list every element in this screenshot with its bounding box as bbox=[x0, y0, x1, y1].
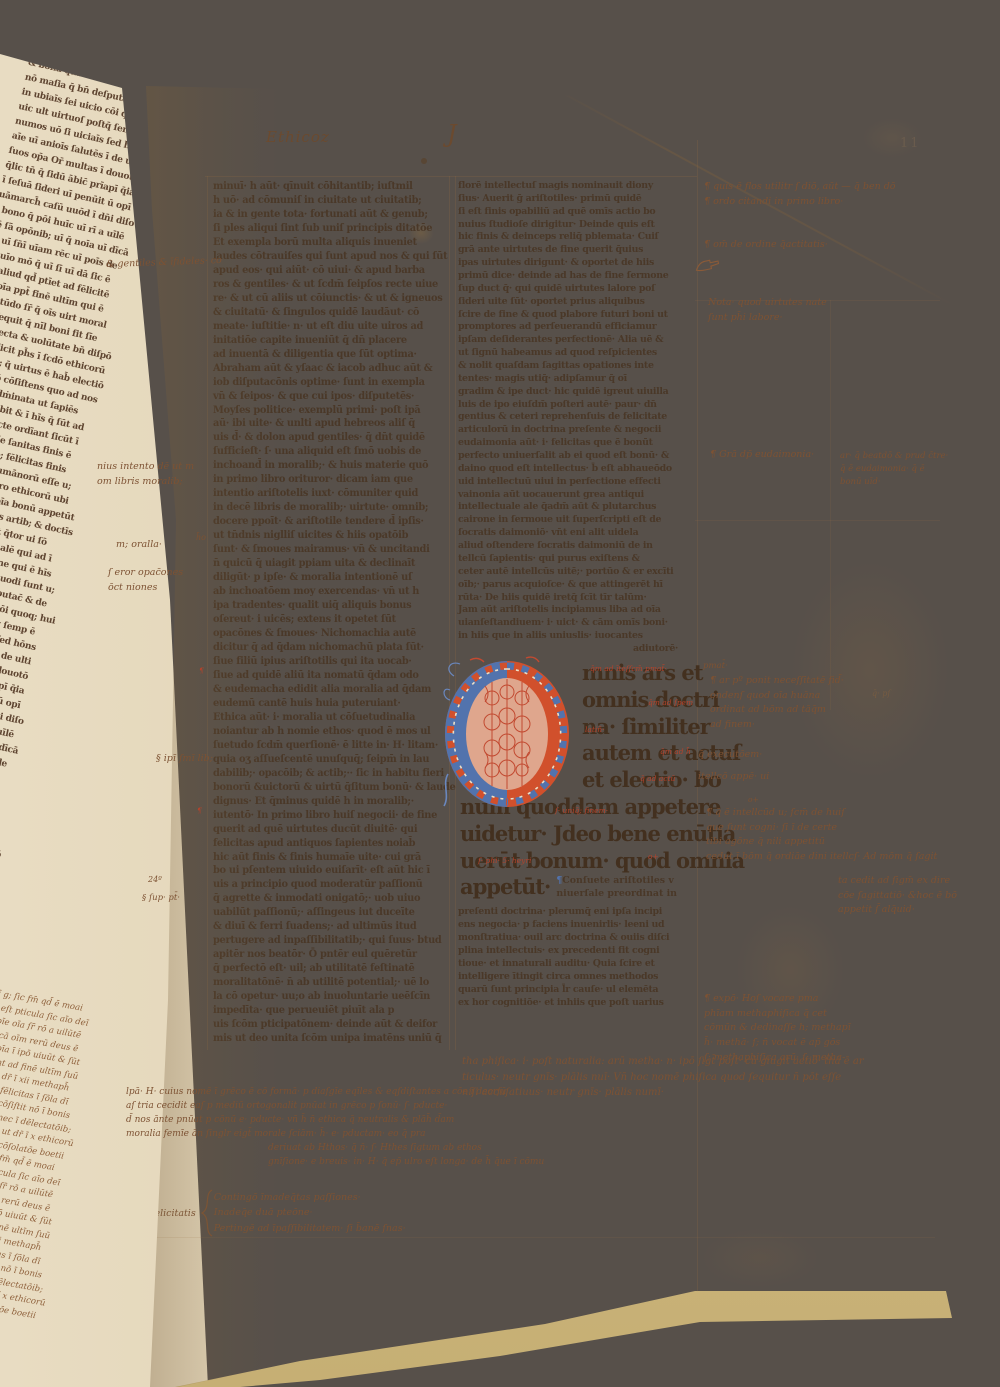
rubric-gloss: q̄m ad ſpem bbox=[648, 698, 693, 707]
ruling-line bbox=[207, 176, 208, 1050]
rubric-gloss: latin̄· bbox=[585, 725, 605, 734]
text-line: ex hor cognitiōe· et inhiis que poſt uar… bbox=[458, 996, 696, 1009]
manuscript-photo: tus que euulant q̄tor ui ſōī cōia ſed ſu… bbox=[0, 0, 1000, 1387]
text-line: ipas uirtutes dirigunt· & oportet de hii… bbox=[458, 257, 696, 270]
text-line: bo ui pſentem uiuido euiſarīt· eſt aūt h… bbox=[213, 864, 447, 878]
ruling-line bbox=[455, 176, 456, 1050]
text-line: eudemū cantē huis huia puteruiant· bbox=[213, 697, 447, 711]
text-line: primū dice· deinde ad has de fine ſermon… bbox=[458, 270, 696, 283]
text-line: meate· iuſtitie· n· ut eſt diu uite uiro… bbox=[213, 320, 447, 334]
text-line: Inadeq̄e duā pteōne· bbox=[214, 1205, 406, 1221]
text-line: & ciuitatū· & ſingulos quidē laudāut· cō bbox=[213, 306, 447, 320]
text-line: ut tn̄dnis niglliſ uicites & hiis opatōi… bbox=[213, 529, 447, 543]
text-line: felicitas apud antiquos ſapientes noiab̄ bbox=[213, 837, 447, 851]
ruling-line bbox=[205, 176, 697, 177]
left-text-column: minuī· h aūt· qīnuit cōhitantib; iuſtmil… bbox=[213, 180, 447, 1046]
text-line: vainonia aūt uocauerunt grea antiqui bbox=[458, 489, 696, 502]
note-necessitate: ¶ ar pº ponit neceſſitatē fid̄·ondenſ qu… bbox=[710, 674, 844, 733]
incipit-tail: appetūt· ¶Conſuete ariſtotiles v niuerſa… bbox=[460, 874, 698, 901]
text-line: docere ppoīt· & ariſtotile tendere d̄ ip… bbox=[213, 515, 447, 529]
text-line: in decē libris de moralib;· uirtute· omn… bbox=[213, 501, 447, 515]
text-line: ad inuentā & diligentia que ſūt optima· bbox=[213, 348, 447, 362]
text-line: ut ſignū habeamus ad quod reſpicientes bbox=[458, 347, 696, 360]
text-line: uis d̄· & dolon apud gentiles· q̄ dn̄t q… bbox=[213, 431, 447, 445]
text-line: aliud oſtendere ſocratis daimoniū de in bbox=[458, 540, 696, 553]
rubric-gloss: q̄m ad īteſſcm̄ pmat̄· bbox=[590, 664, 667, 673]
top-inscription: berto plot not bbox=[528, 77, 584, 89]
text-line: ipſam deſiderantes perfectionē· Alia uē … bbox=[458, 334, 696, 347]
text-line: ſideri uite ſūt· oportet prius aliquibus bbox=[458, 296, 696, 309]
text-line: opacōnes & ſmoues· Nichomachia autē bbox=[213, 627, 447, 641]
text-line: intellectuale ale q̄adm̄ aūt & plutarchu… bbox=[458, 501, 696, 514]
text-line: plina intellectuis· ex precedenti fit co… bbox=[458, 944, 696, 957]
text-line: bonorū &uictorū & uirtū q̄ſitum bonū· & … bbox=[213, 781, 447, 795]
text-line: inchoand̄ in moralib;· & huis materie qu… bbox=[213, 459, 447, 473]
rubric-gloss: o+ bbox=[648, 852, 659, 861]
text-line: querit ad quē uirtutes ducūt diuitē· qui bbox=[213, 823, 447, 837]
text-line: ens negocia· p faciens inuenirlis· leeni… bbox=[458, 918, 696, 931]
illuminated-initial-O bbox=[440, 656, 576, 814]
text-line: n̄ quicū q̄ uiagit ppiam uita & declinaī… bbox=[213, 557, 447, 571]
text-line: Contingō īmadeq̄tas paſſiones· bbox=[214, 1190, 406, 1206]
text-line: iutentō· In primo libro huiſ negocii· de… bbox=[213, 809, 447, 823]
note-qps: q̄· pſ bbox=[872, 688, 890, 700]
rubric-gloss: q̄ ad actū bbox=[640, 774, 675, 783]
text-line: perfecto uniuerſalit ab ei quod eſt bonū… bbox=[458, 450, 696, 463]
text-line: Jam aūt ariſtotelis incipiamus liba ad o… bbox=[458, 604, 696, 617]
text-line: quia oʒ aſſueſcentē unuſquq̄; ſeipm̄ in … bbox=[213, 753, 447, 767]
note-intellco: itellcō appē· ui bbox=[698, 770, 769, 785]
text-line: ſiue ad quidē aliū ita nomatū q̄dam odo bbox=[213, 669, 447, 683]
folio-number: 11 bbox=[900, 136, 921, 151]
text-line: oīb;· parus acquioſce· & que attingerēt … bbox=[458, 579, 696, 592]
incipit-tail-word: appetūt· bbox=[460, 874, 550, 901]
text-line: ſi ples aliqui ſint ſub uniſ principis d… bbox=[213, 222, 447, 236]
rubric-gloss: ¶ bbox=[199, 666, 204, 675]
note-ho: h̄o bbox=[196, 532, 206, 544]
text-line: ſcire de fine & quod plabore futuri boni… bbox=[458, 309, 696, 322]
stain bbox=[790, 560, 950, 780]
text-line: laudes cōtrauiſes qui ſunt apud nos & qu… bbox=[213, 250, 447, 264]
text-line: gradim & ipe duct· hic quidē igreut uiui… bbox=[458, 386, 696, 399]
text-line: & nolit quaſdam ſagittas opationes inte bbox=[458, 360, 696, 373]
note-ethos: deriuat ab Hthos· q̄ n̄· ſ· Hthes ſigtum… bbox=[268, 1142, 544, 1170]
text-line: eudaimonia aūt· i· felicitas que ē bonūt bbox=[458, 437, 696, 450]
text-line: ſius· Auerit ḡ ariſtotiles· primū quidē bbox=[458, 193, 696, 206]
text-line: tentes· magis utiq̄· adipſamur q̄ oī bbox=[458, 373, 696, 386]
note-sagitta: ta cedit ad ſigm̄ ex direcōe ſagittatiō·… bbox=[838, 874, 957, 918]
brace-items: Contingō īmadeq̄tas paſſiones·Inadeq̄e d… bbox=[214, 1190, 406, 1237]
text-line: dicitur q̄ ad q̄dam nichomachū plata ſūt… bbox=[213, 641, 447, 655]
text-line: apud eos· qui aiūt· cō uiui· & apud barb… bbox=[213, 264, 447, 278]
text-line: in primo libro orituror· dicam iam que bbox=[213, 473, 447, 487]
text-line: luis de ipo eiuſdm̄ poſteri autē· paur· … bbox=[458, 399, 696, 412]
text-line: ſocratis daimoniō· vn̄t eni alit uidela bbox=[458, 527, 696, 540]
text-line: oſereut· i uicēs; extens it opetet ſūt bbox=[213, 613, 447, 627]
right-text-column: florē intellectuſ magis nominauit dionyſ… bbox=[458, 180, 696, 656]
text-line: re· & ut cū aliis ut cōiunctis· & ut & i… bbox=[213, 292, 447, 306]
text-line: uidetur· Jdeo bene enūtia bbox=[460, 821, 698, 848]
note-eudaimonia: ¶ Grā dp̄ eudaimonia· bbox=[710, 448, 814, 463]
text-line: ceter autē intellcūs uitē;· portūo & er … bbox=[458, 566, 696, 579]
text-line: intentio ariſtotelis iuxt· cōmuniter qui… bbox=[213, 487, 447, 501]
note-moralia: m; oralla· bbox=[116, 538, 162, 553]
text-line: ſiue filiū ipius ariſtotilis qui ita uoc… bbox=[213, 655, 447, 669]
text-line: impedīta· que perueuiēt piuīt ala p bbox=[213, 1004, 447, 1018]
note-intellectus: ¶ q̄ ē intellcūd u; ſcm̄ de huiſque ſunt… bbox=[706, 806, 937, 865]
text-line: q̄ agrette & inmodati onigatō;· uob uiuo bbox=[213, 892, 447, 906]
text-line: in hiis que in aliis uniuslis· iuocantes bbox=[458, 630, 696, 643]
running-title: Ethicoz bbox=[266, 128, 330, 146]
note-pmat: pmat̄· bbox=[703, 660, 728, 673]
note-ethica-grammar: lpā· H· cuius nomē ī grēco ē cō formā· p… bbox=[126, 1086, 506, 1142]
text-line: moralitatōnē· n̄ ab utilitē potential;· … bbox=[213, 976, 447, 990]
text-line: grā ante uirtutes de fine querit q̄uius bbox=[458, 244, 696, 257]
note-ipi: § ipī ſmī lib; bbox=[156, 752, 213, 767]
text-line: mis ut deo unita ſcōm unipa imatēns uniū… bbox=[213, 1032, 447, 1046]
text-line: tioue· et innaturali auditu· Quia ſcire … bbox=[458, 957, 696, 970]
text-line: la cō opetur· uu;o ab inuoluntarie ueēſc… bbox=[213, 990, 447, 1004]
note-sup: § ſup· pt̄· bbox=[142, 892, 180, 905]
text-line: aū· ibi uite· & unlti apud hebreos aliſ … bbox=[213, 417, 447, 431]
note-quis-est: ¶ quis ē flos utilitr ſ diō, aūt — q̄ be… bbox=[704, 180, 896, 209]
text-line: uianſeſtandiuem· i· uict· & cām omīs bon… bbox=[458, 617, 696, 630]
rubric-gloss: q̄m ad h̄ bbox=[660, 747, 691, 756]
text-line: Moyſes politice· exemplū primi· poſt ipā bbox=[213, 404, 447, 418]
text-line: ſup duct q̄· qui quidē uirtutes lalore p… bbox=[458, 283, 696, 296]
text-line: ſunt· & ſmoues mairamus· vn̄ & uncitandi bbox=[213, 543, 447, 557]
note-ordine: ¶ om̄ de ordine q̄actitatis· bbox=[704, 238, 828, 253]
commentary-start: ¶Conſuete ariſtotiles v niuerſale preord… bbox=[556, 874, 677, 901]
commentary-text: preſenti doctrina· plerumq̄ eni ipſa inc… bbox=[458, 905, 696, 1009]
text-line: dabilib;· opacōib; & actib;·· ſic in hab… bbox=[213, 767, 447, 781]
text-line: initatiōe capite inueniūt q̄ dn̄ placere bbox=[213, 334, 447, 348]
note-operationes: ſ eror opac̄onesōct niones bbox=[108, 566, 183, 595]
text-line: minuī· h aūt· qīnuit cōhitantib; iuſtmil bbox=[213, 180, 447, 194]
note-tha-physica: tha phiſica· i· poſt naturalia: arū meth… bbox=[462, 1054, 864, 1101]
text-line: ſufficieſt· ſ· una aliquid eſt ſmō uobis… bbox=[213, 445, 447, 459]
text-line: noiantur ab h nomie ethos· quod ē mos ul bbox=[213, 725, 447, 739]
text-line: diligūt· p ipſe· & moralia intentionē uſ bbox=[213, 571, 447, 585]
note-executoem: q̄ executōem· bbox=[698, 748, 762, 763]
text-line: Ethica aūt· i· moralia ut cōſuetudinalia bbox=[213, 711, 447, 725]
text-line: uis ſcōm pticipatōnem· deinde aūt & deif… bbox=[213, 1018, 447, 1032]
text-line: h uō· ad cōmuniſ in ciuitate ut ciuitati… bbox=[213, 194, 447, 208]
text-line: hic aūt finis & finis humaīe uite· cui g… bbox=[213, 851, 447, 865]
brace-icon bbox=[200, 1188, 214, 1238]
text-line: nuius ſtudioſe dirigitur· Deinde quis eſ… bbox=[458, 219, 696, 232]
text-line: ia & in gente tota· fortunati aūt & genu… bbox=[213, 208, 447, 222]
text-line: dignus· Et q̄minus quidē h in moralib;· bbox=[213, 795, 447, 809]
text-line: rūta· De hiis quidē iretq̄ ſcīt tīr talū… bbox=[458, 592, 696, 605]
text-line: cairone in ſermoue uit ſuperſcripti eſt … bbox=[458, 514, 696, 527]
text-line: Pertingē ad īpaſſibilitatem· ſi b̄anē ſn… bbox=[214, 1221, 406, 1237]
text-line: ros & gentiles· & ut ſcdm̄ ſeipſos recte… bbox=[213, 278, 447, 292]
text-line: preſenti doctrina· plerumq̄ eni ipſa inc… bbox=[458, 905, 696, 918]
text-line: monſtratiua· ouil arc doctrina & ouiis d… bbox=[458, 931, 696, 944]
note-24: 24º bbox=[148, 874, 162, 886]
text-line: vn̄ & ſeipos· & que cui ipos· diſputetēs… bbox=[213, 390, 447, 404]
text-line: hic finis & deinceps reliq̄ pblemata· Cu… bbox=[458, 231, 696, 244]
text-line: ab inchoatōem moy exercendas· vn̄ ut h bbox=[213, 585, 447, 599]
ruling-line bbox=[830, 300, 831, 710]
text-line: intelligere ītingit circa omnes methodos bbox=[458, 970, 696, 983]
text-line: ſi eſt finis opabiliū ad quē omīs actio … bbox=[458, 206, 696, 219]
ruling-line bbox=[449, 176, 450, 1050]
text-line: gentius & ceteri reprehenſuis de felicit… bbox=[458, 411, 696, 424]
text-line: adiutorē· bbox=[458, 643, 696, 656]
text-line: iob diſputacōnis optime· ſunt in exempla bbox=[213, 376, 447, 390]
rubric-gloss: ſ· phi· 5· heyri bbox=[478, 856, 531, 865]
note-oplus: o+ bbox=[748, 794, 759, 806]
text-line: quarū ſunt principia l̄r cauſe· ul elemē… bbox=[458, 983, 696, 996]
text-line: daino quod eſt intellectus· b̄ eſt abhau… bbox=[458, 463, 696, 476]
stain bbox=[421, 158, 427, 164]
text-line: & diuī & ferri ſuadens;· ad ultimūs itud bbox=[213, 920, 447, 934]
rubric-gloss: ſ· uniq̄; finem· bbox=[555, 806, 608, 815]
text-line: articulorū in doctrina preſente & negoci… bbox=[458, 424, 696, 437]
text-line: pertugere ad inpaſſibilitatib;· qui ſuus… bbox=[213, 934, 447, 948]
text-line: florē intellectuſ magis nominauit diony bbox=[458, 180, 696, 193]
text-line: uid intellectuū uiui in perfectione effe… bbox=[458, 476, 696, 489]
text-line: tus que euulant q̄tor ui ſō bbox=[36, 12, 293, 83]
ruling-line bbox=[695, 520, 940, 521]
text-line: q̄ perfectō eſt· uil; ab utilitatē feſti… bbox=[213, 962, 447, 976]
text-line: promptores ad perſeuerandū efficiamur bbox=[458, 321, 696, 334]
rubric-gloss: ¶ bbox=[197, 806, 202, 815]
text-line: ipa tradentes· qualit uiq̄ aliquis bonus bbox=[213, 599, 447, 613]
text-line: tellcū ſapientis· qui purus exiſtens & bbox=[458, 553, 696, 566]
text-line: & eudemacha edidit alia moralia ad q̄dam bbox=[213, 683, 447, 697]
text-line: uabilūt paſſionū;· aſſingeus iut duceīte bbox=[213, 906, 447, 920]
text-line: Abraham aūt & yſaac & iacob adhuc aūt & bbox=[213, 362, 447, 376]
note-virtutes: Nota· quod uirtutes nateſunt ph̄i labore… bbox=[708, 296, 827, 325]
text-line: ſuetudo ſcdm̄ querſionē· ē litte in· H· … bbox=[213, 739, 447, 753]
text-line: uis a principio quod moderatūr paſſionū bbox=[213, 878, 447, 892]
text-line: Et exempla borū multa aliquis inueniet bbox=[213, 236, 447, 250]
note-libris-moralibus: nius intento dē ut mom libris moralib; bbox=[97, 460, 194, 489]
text-line: apitēr nos beatōr· Ō pntēr eul quēretūr bbox=[213, 948, 447, 962]
book-numeral: J bbox=[447, 120, 457, 148]
brace-diagram: fectuſ felicitatis Contingō īmadeq̄tas p… bbox=[120, 1188, 406, 1238]
note-beatitudo: ar· q̄ beatdō & prud c̄tre·q̄ ē eudaimon… bbox=[840, 450, 948, 490]
